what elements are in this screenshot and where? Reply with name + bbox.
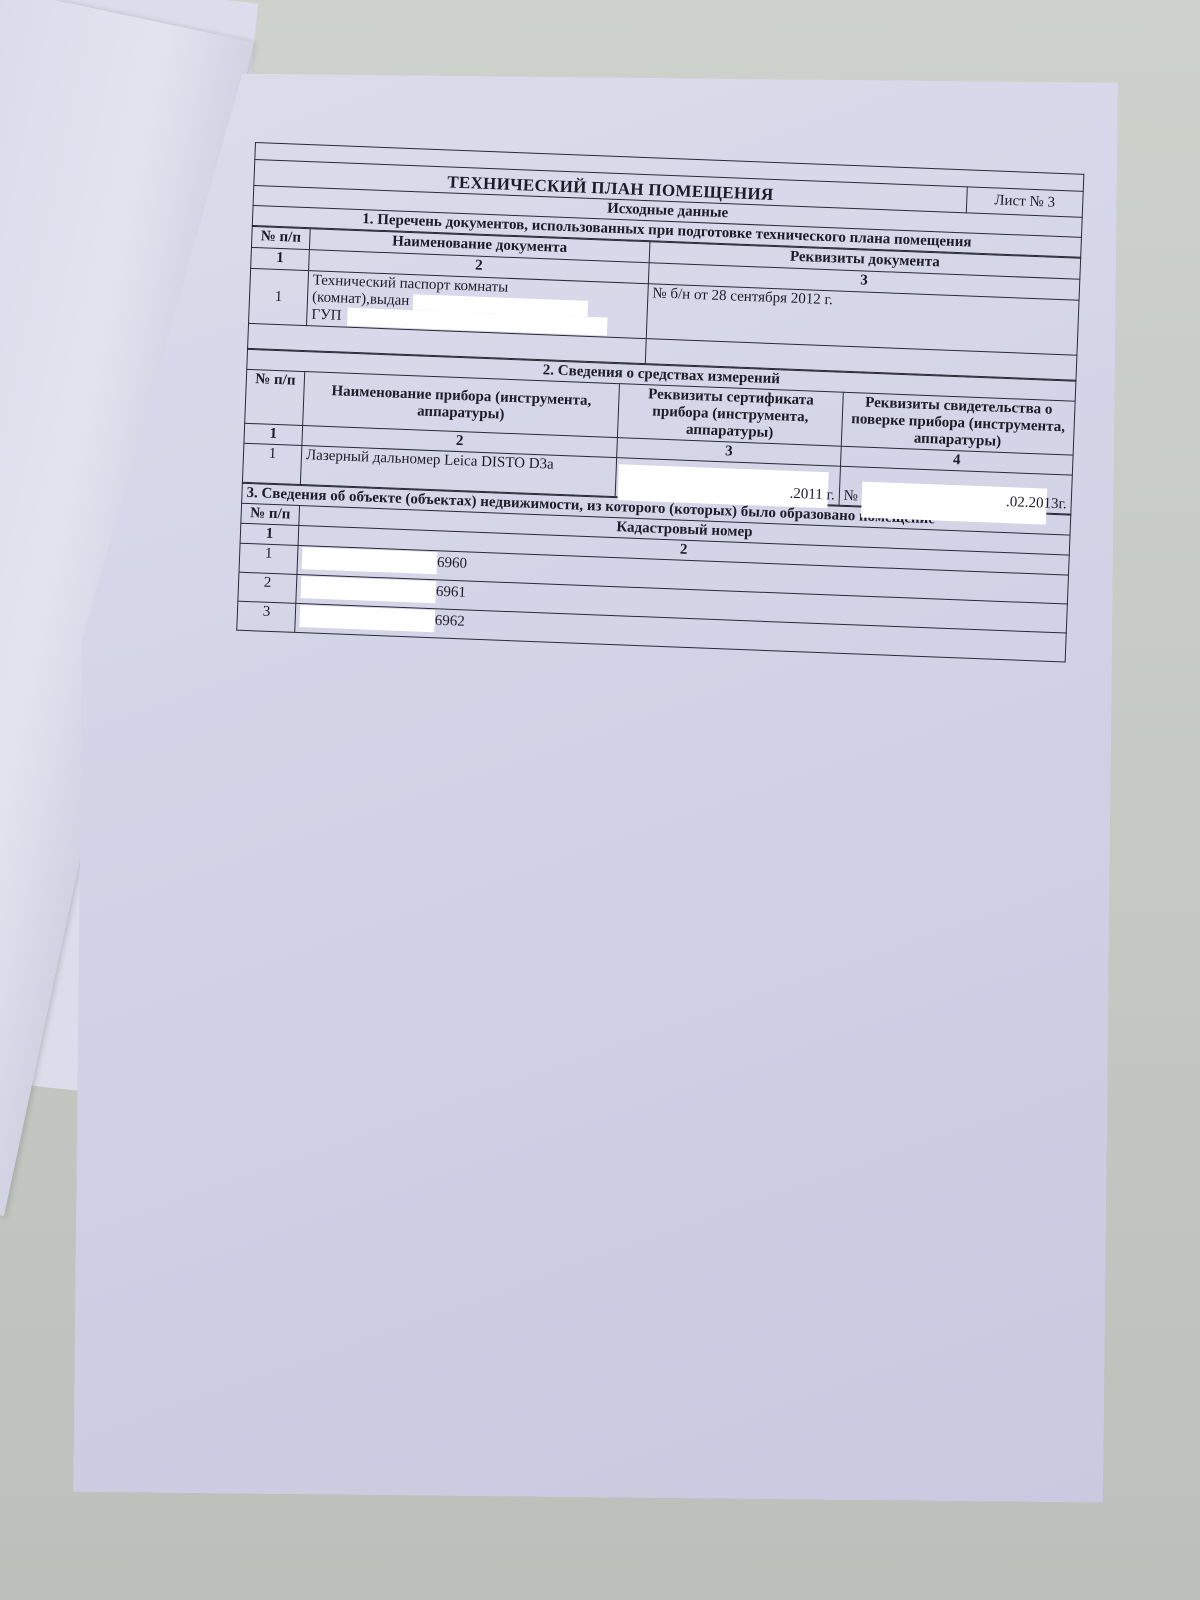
technical-plan-document: ТЕХНИЧЕСКИЙ ПЛАН ПОМЕЩЕНИЯ Лист № 3 Исхо… <box>236 142 1084 663</box>
cadastral-number: 6960 <box>437 555 468 572</box>
cadastral-number: 6962 <box>434 613 465 630</box>
redaction-block <box>302 547 438 574</box>
cadastral-number: 6961 <box>436 584 467 601</box>
redaction-block <box>301 576 437 603</box>
redaction-block <box>299 605 435 632</box>
